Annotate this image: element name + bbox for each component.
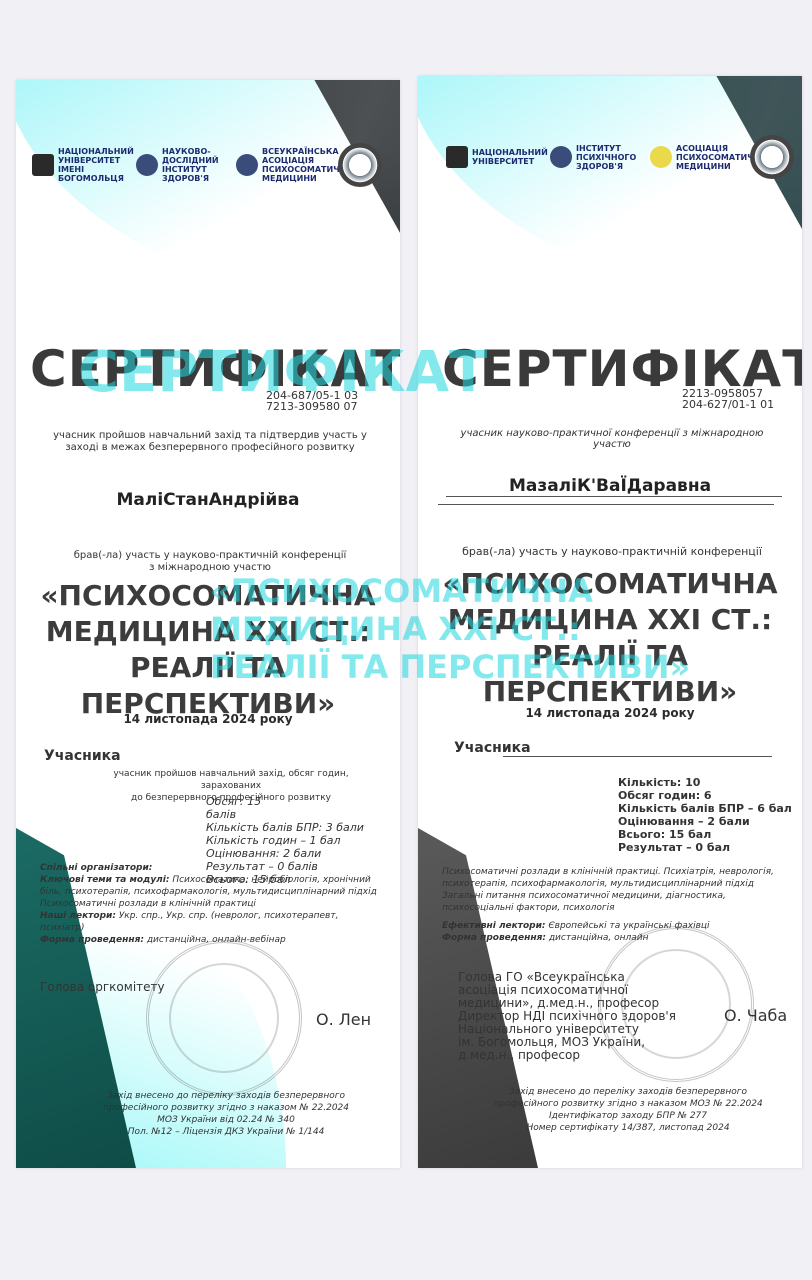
conference-date: 14 листопада 2024 року [16,712,400,726]
signature: О. Чаба [724,1006,787,1025]
recipient-name: МаліСтанАндрійва [16,490,400,510]
overlay-title: СЕРТИФІКАТ [78,340,487,405]
university-icon [446,146,468,168]
participation-text: брав(-ла) участь у науково-практичній ко… [442,546,782,557]
institute-logo: Науково-дослідний інститут здоров'я [136,147,222,183]
footer-note: Захід внесено до переліку заходів безпер… [478,1086,778,1134]
institute-icon [550,146,572,168]
points-list: Кількість: 10 Обсяг годин: 6 Кількість б… [618,776,792,854]
name-underline [446,496,782,497]
university-logo: Національний університет імені Богомольц… [32,147,122,183]
intro-text: учасник науково-практичної конференції з… [442,428,782,450]
university-icon [32,154,54,176]
signature: О. Лен [316,1010,371,1029]
institute-logo: Інститут психічного здоров'я [550,144,636,171]
conference-date: 14 листопада 2024 року [418,706,802,720]
signature-label: Голова оргкомітету [40,980,165,994]
emblem-logo [338,143,382,187]
role-underline [503,756,772,757]
role-label: Учасника [44,750,121,762]
details-block: Спільні організатори: Ключові теми та мо… [40,862,380,946]
logos-row: Національний університет Інститут психіч… [446,132,722,182]
association-icon [236,154,258,176]
role-label: Учасника [454,742,531,754]
emblem-icon [750,135,794,179]
logos-row: Національний університет імені Богомольц… [32,140,320,190]
association-logo: Асоціація психосоматичної медицини [650,144,736,171]
emblem-icon [338,143,382,187]
name-underline [438,504,774,505]
association-icon [650,146,672,168]
university-logo: Національний університет [446,146,536,168]
recipient-name: МазаліК'ВаЇДаравна [418,476,802,496]
overlay-conference-title: «ПСИХОСОМАТИЧНА МЕДИЦИНА XXI СТ.: РЕАЛІЇ… [210,572,690,686]
emblem-logo [750,135,794,179]
intro-text: учасник пройшов навчальний захід та підт… [40,430,380,441]
certificate-numbers: 2213-0958057 204-627/01-1 01 [682,388,774,410]
intro-text: заході в межах безперервного професійног… [40,442,380,453]
association-logo: Всеукраїнська асоціація психосоматичної … [236,147,324,183]
institute-icon [136,154,158,176]
details-block: Психосоматичні розлади в клінічній практ… [442,866,782,944]
signature-block: Голова ГО «Всеукраїнська асоціація психо… [458,971,676,1062]
official-seal [146,940,302,1096]
participation-text: брав(-ла) участь у науково-практичній ко… [40,550,380,561]
footer-note: Захід внесено до переліку заходів безпер… [66,1090,386,1138]
